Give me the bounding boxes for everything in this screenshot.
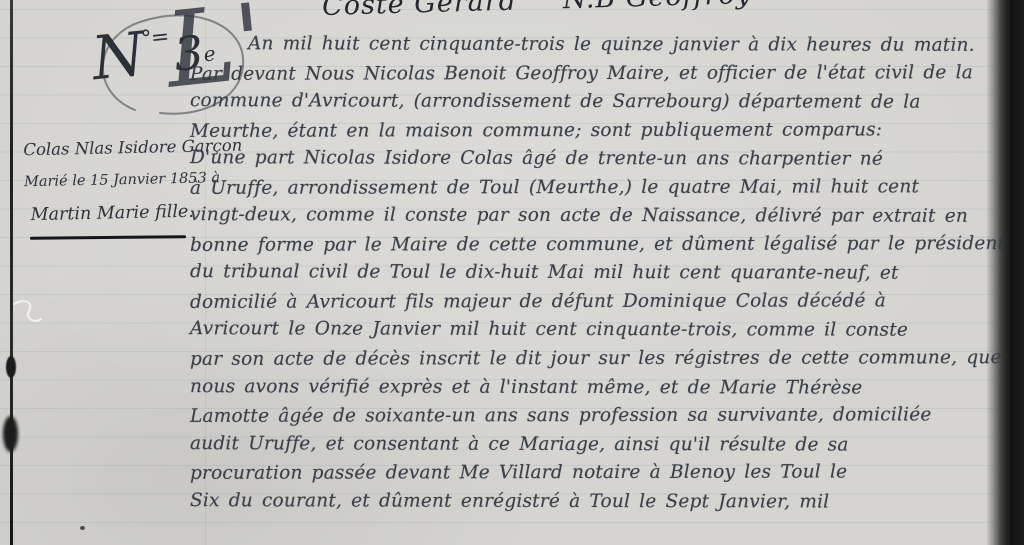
act-line: Meurthe, étant en la maison commune; son…: [190, 119, 996, 149]
binding-knot: [6, 356, 16, 378]
act-line: Avricourt le Onze Janvier mil huit cent …: [190, 319, 996, 349]
act-line: Lamotte âgée de soixante-un ans sans pro…: [190, 404, 996, 434]
binding-blot: [3, 416, 18, 452]
act-line: D'une part Nicolas Isidore Colas âgé de …: [190, 147, 996, 177]
act-line: bonne forme par le Maire de cette commun…: [190, 233, 996, 263]
act-line: du tribunal civil de Toul le dix-huit Ma…: [190, 262, 996, 292]
act-line: audit Uruffe, et consentant à ce Mariage…: [190, 433, 996, 463]
act-line: An mil huit cent cinquante-trois le quin…: [190, 33, 996, 63]
ink-dot: [80, 526, 85, 530]
act-line: domicilié à Avricourt fils majeur de déf…: [190, 290, 996, 320]
paper-scratch-mark: [10, 296, 44, 340]
act-line: vingt-deux, comme il conste par son acte…: [190, 204, 996, 234]
act-body: An mil huit cent cinquante-trois le quin…: [190, 34, 996, 519]
act-line: commune d'Avricourt, (arrondissement de …: [190, 90, 996, 120]
act-line: Six du courant, et dûment enrégistré à T…: [190, 490, 996, 520]
act-line: Par devant Nous Nicolas Benoit Geoffroy …: [190, 62, 996, 92]
act-number-prefix: N: [89, 19, 147, 94]
act-line: procuration passée devant Me Villard not…: [190, 461, 996, 491]
act-line: par son acte de décès inscrit le dit jou…: [190, 347, 996, 377]
binding-edge-line: [10, 0, 13, 545]
page-scan: Coste Gérard N.B Geoffroy N°=3e Colas Nl…: [0, 0, 1024, 545]
header-signatures: Coste Gérard N.B Geoffroy: [322, 0, 753, 22]
signature-right: N.B Geoffroy: [562, 0, 752, 15]
act-line: à Uruffe, arrondissement de Toul (Meurth…: [190, 176, 996, 206]
signature-left: Coste Gérard: [322, 0, 518, 22]
act-line: nous avons vérifié exprès et à l'instant…: [190, 376, 996, 406]
margin-rule: [30, 235, 186, 240]
